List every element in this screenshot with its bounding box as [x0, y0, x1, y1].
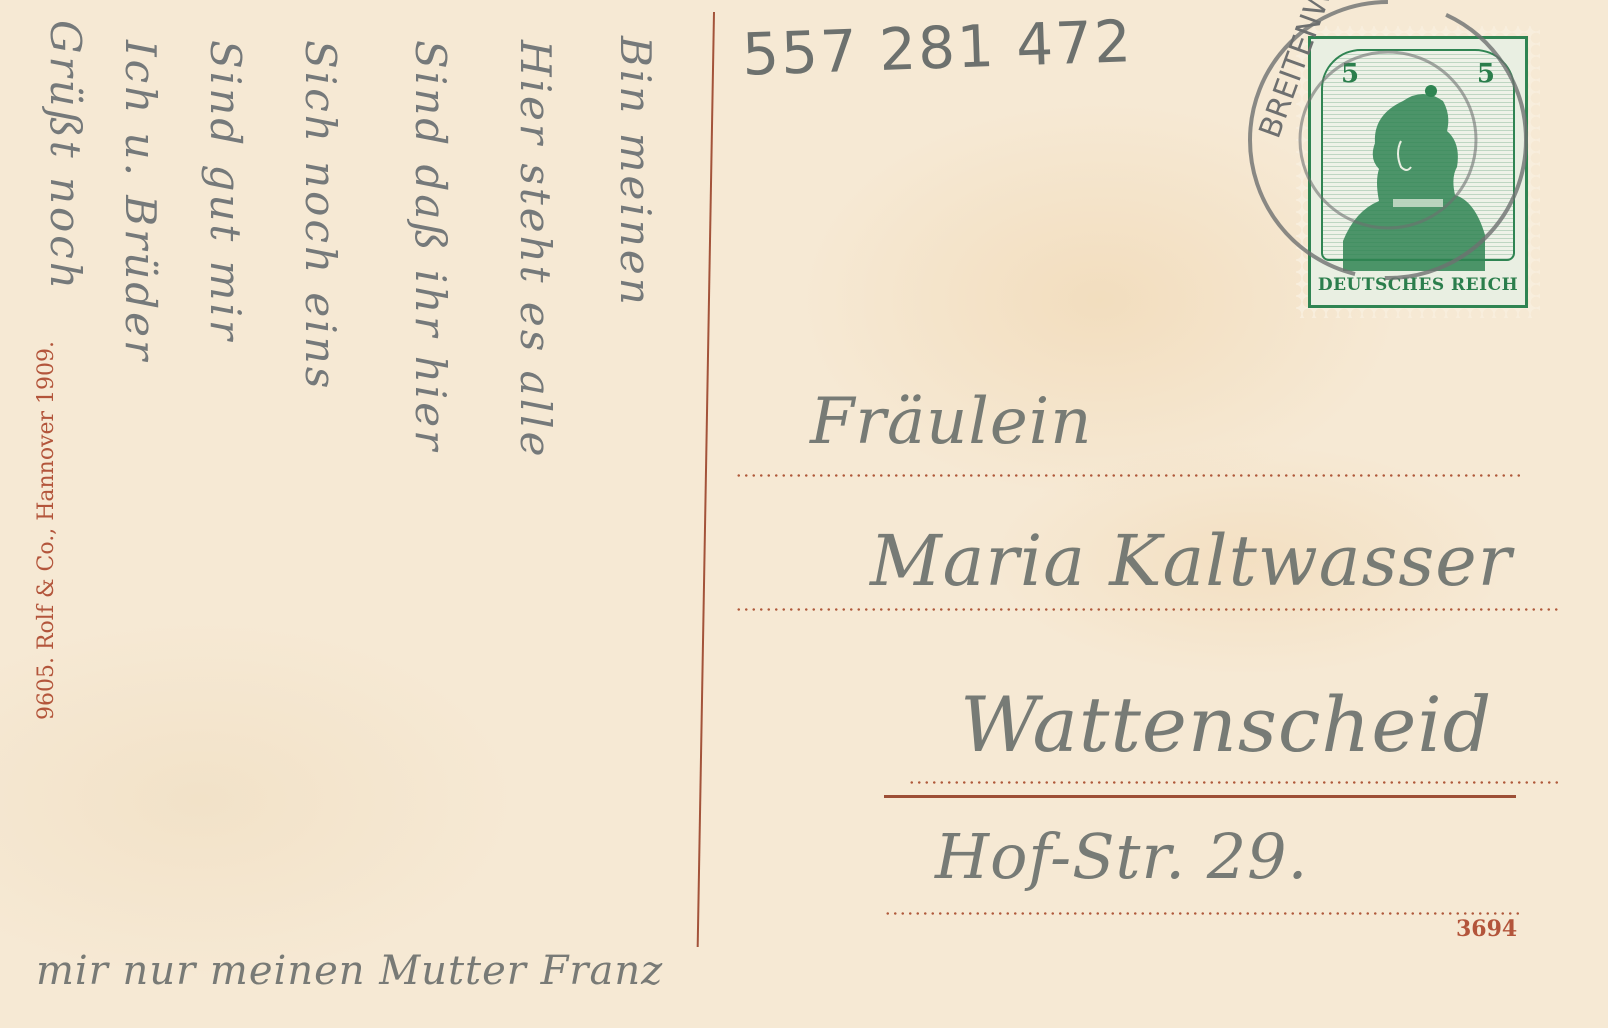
reference-number: 557 281 472: [741, 7, 1134, 89]
message-column: Sind gut mir: [201, 40, 250, 343]
address-name: Maria Kaltwasser: [870, 520, 1512, 602]
message-column: Sind daß ihr hier: [406, 40, 455, 453]
postage-stamp: 5 5 DEUTSCHES REICH: [1296, 26, 1540, 318]
card-number: 3694: [1456, 916, 1517, 942]
divider-line: [697, 12, 715, 947]
message-column: Bin meinen: [611, 36, 660, 308]
germania-portrait-icon: [1343, 81, 1493, 271]
stamp-country-text: DEUTSCHES REICH: [1311, 275, 1525, 295]
address-line-4: [884, 912, 1520, 915]
message-closing: mir nur meinen Mutter Franz: [36, 948, 663, 994]
message-column: Grüßt noch: [41, 20, 90, 292]
address-line-3: [908, 781, 1560, 784]
address-street: Hof-Str. 29.: [935, 820, 1308, 893]
city-underline: [884, 795, 1516, 798]
message-column: Sich noch eins: [296, 40, 345, 391]
address-salutation: Fräulein: [810, 385, 1092, 459]
address-city: Wattenscheid: [960, 680, 1492, 769]
message-column: Ich u. Brüder: [116, 40, 165, 363]
postcard: 557 281 472 9605. Rolf & Co., Hannover 1…: [0, 0, 1608, 1028]
message-column: Hier steht es alle: [511, 40, 560, 459]
publisher-imprint: 9605. Rolf & Co., Hannover 1909.: [34, 341, 59, 720]
address-line-1: [735, 474, 1520, 477]
address-line-2: [735, 608, 1560, 611]
